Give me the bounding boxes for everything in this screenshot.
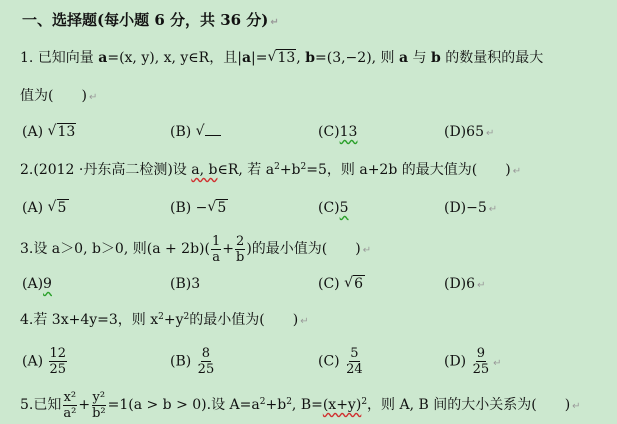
numerator: 8 bbox=[201, 346, 211, 362]
option-d[interactable]: (D)6↵ bbox=[444, 272, 485, 298]
option-label: (D) bbox=[444, 354, 466, 370]
radicand bbox=[205, 135, 221, 136]
denominator: b bbox=[235, 250, 245, 265]
question-2-options: (A) 5 (B) −5 (C)5 (D)−5↵ bbox=[0, 196, 617, 220]
plus-sign: + bbox=[222, 241, 234, 257]
question-text: , B= bbox=[292, 397, 323, 413]
denominator: 25 bbox=[49, 362, 68, 377]
question-number: 3. bbox=[20, 241, 33, 257]
question-text: 若 3x+4y=3，则 x bbox=[33, 312, 158, 328]
vector-a: a bbox=[242, 50, 251, 66]
question-4-options: (A) 1225 (B) 825 (C) 524 (D) 925↵ bbox=[0, 346, 617, 376]
section-title: 一、选择题(每小题 6 分，共 36 分)↵ bbox=[22, 8, 279, 32]
question-text: +y bbox=[164, 312, 184, 328]
math-expression: (a + 2b)( bbox=[147, 241, 210, 257]
option-value: 65 bbox=[466, 124, 484, 140]
numerator: y² bbox=[92, 390, 107, 406]
option-b[interactable]: (B)3 bbox=[170, 272, 200, 296]
fraction: 1225 bbox=[49, 346, 68, 377]
question-1: 1. 已知向量 a=(x, y), x, y∈R，且|a|=13, b=(3,−… bbox=[20, 46, 543, 70]
option-label: (D) bbox=[444, 200, 466, 216]
option-a[interactable]: (A) 1225 bbox=[22, 346, 68, 377]
numerator: 1 bbox=[211, 234, 221, 250]
plus-sign: + bbox=[78, 397, 90, 413]
option-d[interactable]: (D)−5↵ bbox=[444, 196, 497, 222]
denominator: 24 bbox=[345, 362, 364, 377]
option-value: 13 bbox=[340, 124, 358, 140]
numerator: 9 bbox=[476, 346, 486, 362]
spellcheck-text: (x+y) bbox=[323, 397, 361, 413]
option-label: (B) bbox=[170, 276, 191, 292]
question-text: 已知向量 bbox=[38, 50, 98, 66]
question-text: 设 a＞0, b＞0, 则 bbox=[33, 241, 146, 257]
paragraph-mark-icon: ↵ bbox=[493, 358, 501, 369]
fraction: 1a bbox=[211, 234, 221, 265]
question-text: 的最小值为( ) bbox=[252, 241, 361, 257]
option-value: −5 bbox=[466, 200, 487, 216]
option-label: (C) bbox=[318, 200, 340, 216]
question-text: =(3,−2), 则 bbox=[315, 50, 399, 66]
option-d[interactable]: (D)65↵ bbox=[444, 120, 494, 146]
paragraph-mark-icon: ↵ bbox=[477, 280, 485, 291]
sqrt-expression: 6 bbox=[344, 272, 365, 296]
denominator: 25 bbox=[472, 362, 491, 377]
vector-a: a bbox=[399, 50, 408, 66]
question-text: |= bbox=[251, 50, 267, 66]
sqrt-expression bbox=[196, 120, 221, 144]
sqrt-expression: 5 bbox=[48, 196, 69, 220]
question-text: 设 A=a bbox=[211, 397, 260, 413]
question-text: 已知 bbox=[33, 397, 61, 413]
option-a[interactable]: (A) 13 bbox=[22, 120, 76, 144]
question-text: 的最小值为( ) bbox=[189, 312, 298, 328]
vector-b: b bbox=[431, 50, 441, 66]
option-value: 6 bbox=[466, 276, 475, 292]
question-number: 2. bbox=[20, 162, 33, 178]
paragraph-mark-icon: ↵ bbox=[489, 204, 497, 215]
fraction: 2b bbox=[235, 234, 245, 265]
option-label: (C) bbox=[318, 276, 340, 292]
question-text: 与 bbox=[408, 50, 431, 66]
option-b[interactable]: (B) 825 bbox=[170, 346, 216, 377]
question-number: 1. bbox=[20, 50, 33, 66]
option-label: (A) bbox=[22, 276, 43, 292]
option-a[interactable]: (A)9 bbox=[22, 272, 52, 296]
option-c[interactable]: (C)13 bbox=[318, 120, 357, 144]
option-label: (D) bbox=[444, 124, 466, 140]
option-label: (A) bbox=[22, 354, 43, 370]
question-text: =5，则 a+2b 的最大值为( ) bbox=[306, 162, 510, 178]
question-3: 3.设 a＞0, b＞0, 则(a + 2b)(1a+2b)的最小值为( )↵ bbox=[20, 232, 371, 266]
fraction: x²a² bbox=[62, 390, 77, 421]
question-3-options: (A)9 (B)3 (C) 6 (D)6↵ bbox=[0, 272, 617, 296]
question-text: ∈R, 若 a bbox=[217, 162, 274, 178]
question-text: ，则 A, B 间的大小关系为( ) bbox=[367, 397, 570, 413]
paragraph-mark-icon: ↵ bbox=[486, 128, 494, 139]
math-expression: =1(a > b > 0). bbox=[108, 397, 212, 413]
minus-sign: − bbox=[196, 200, 208, 216]
numerator: 12 bbox=[49, 346, 68, 362]
numerator: x² bbox=[63, 390, 78, 406]
option-c[interactable]: (C) 524 bbox=[318, 346, 365, 377]
sqrt-expression: 13 bbox=[267, 46, 296, 70]
option-label: (A) bbox=[22, 200, 43, 216]
option-value: 9 bbox=[43, 276, 52, 292]
option-value: 5 bbox=[340, 200, 349, 216]
radicand: 6 bbox=[353, 275, 365, 292]
question-text: 值为( ) bbox=[20, 88, 87, 104]
fraction: 825 bbox=[197, 346, 216, 377]
vector-b: b bbox=[305, 50, 315, 66]
numerator: 5 bbox=[349, 346, 359, 362]
question-2: 2.(2012 ·丹东高二检测)设 a, b∈R, 若 a2+b2=5，则 a+… bbox=[20, 158, 521, 182]
question-text: , bbox=[296, 50, 305, 66]
question-1-options: (A) 13 (B) (C)13 (D)65↵ bbox=[0, 120, 617, 144]
option-b[interactable]: (B) bbox=[170, 120, 221, 144]
fraction: 925 bbox=[472, 346, 491, 377]
fraction: 524 bbox=[345, 346, 364, 377]
question-1-continuation: 值为( )↵ bbox=[20, 84, 97, 108]
radicand: 5 bbox=[57, 199, 69, 216]
question-text: +b bbox=[280, 162, 301, 178]
option-value: 3 bbox=[191, 276, 200, 292]
vector-a: a bbox=[98, 50, 107, 66]
option-b[interactable]: (B) −5 bbox=[170, 196, 228, 220]
spellcheck-text: a, b bbox=[191, 162, 217, 178]
numerator: 2 bbox=[235, 234, 245, 250]
option-a[interactable]: (A) 5 bbox=[22, 196, 69, 220]
option-label: (B) bbox=[170, 200, 191, 216]
option-label: (C) bbox=[318, 124, 340, 140]
question-text: +b bbox=[265, 397, 286, 413]
radicand: 5 bbox=[216, 199, 228, 216]
denominator: b² bbox=[91, 406, 107, 421]
radicand: 13 bbox=[57, 123, 77, 140]
fraction: y²b² bbox=[91, 390, 107, 421]
question-4: 4.若 3x+4y=3，则 x2+y2的最小值为( )↵ bbox=[20, 308, 309, 332]
paragraph-mark-icon: ↵ bbox=[572, 401, 580, 412]
denominator: a² bbox=[62, 406, 77, 421]
option-c[interactable]: (C)5 bbox=[318, 196, 349, 220]
paragraph-mark-icon: ↵ bbox=[300, 316, 308, 327]
option-c[interactable]: (C) 6 bbox=[318, 272, 365, 296]
paragraph-mark-icon: ↵ bbox=[89, 92, 97, 103]
option-label: (A) bbox=[22, 124, 43, 140]
radicand: 13 bbox=[276, 49, 296, 66]
paragraph-mark-icon: ↵ bbox=[270, 17, 278, 28]
question-number: 4. bbox=[20, 312, 33, 328]
option-label: (D) bbox=[444, 276, 466, 292]
question-text: =(x, y), x, y∈R，且| bbox=[107, 50, 242, 66]
option-d[interactable]: (D) 925↵ bbox=[444, 346, 502, 377]
denominator: 25 bbox=[197, 362, 216, 377]
denominator: a bbox=[211, 250, 221, 265]
sqrt-expression: 13 bbox=[48, 120, 77, 144]
question-number: 5. bbox=[20, 397, 33, 413]
option-label: (C) bbox=[318, 354, 340, 370]
question-text: 的数量积的最大 bbox=[441, 50, 543, 66]
paragraph-mark-icon: ↵ bbox=[363, 245, 371, 256]
option-label: (B) bbox=[170, 354, 191, 370]
question-text: (2012 ·丹东高二检测)设 bbox=[33, 162, 191, 178]
option-label: (B) bbox=[170, 124, 191, 140]
question-5: 5.已知x²a²+y²b²=1(a > b > 0).设 A=a2+b2, B=… bbox=[20, 388, 581, 422]
sqrt-expression: 5 bbox=[207, 196, 228, 220]
section-title-text: 一、选择题(每小题 6 分，共 36 分) bbox=[22, 11, 268, 29]
paragraph-mark-icon: ↵ bbox=[513, 166, 521, 177]
